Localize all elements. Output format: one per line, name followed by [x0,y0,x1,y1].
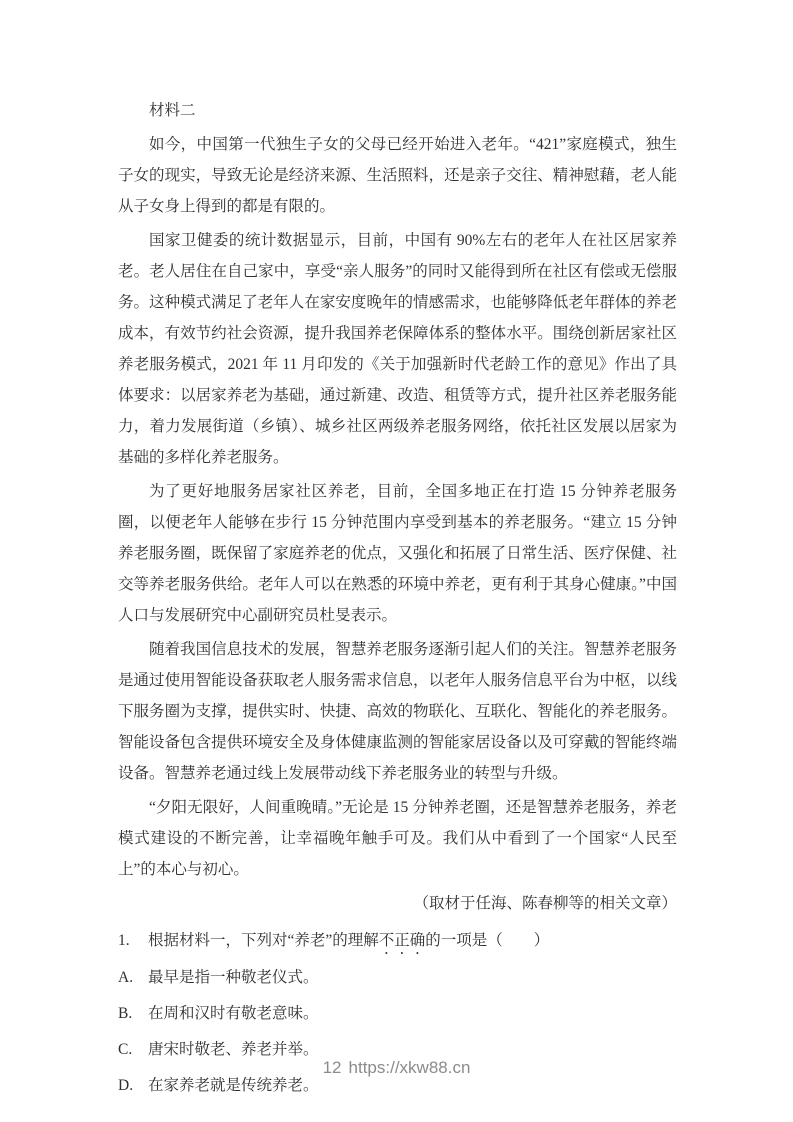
paragraph: 如今，中国第一代独生子女的父母已经开始进入老年。“421”家庭模式，独生子女的现… [118,129,677,222]
paragraph: “夕阳无限好，人间重晚晴。”无论是 15 分钟养老圈，还是智慧养老服务，养老模式… [118,792,677,885]
paragraph: 随着我国信息技术的发展，智慧养老服务逐渐引起人们的关注。智慧养老服务是通过使用智… [118,634,677,789]
paragraph: 为了更好地服务居家社区养老，目前，全国多地正在打造 15 分钟养老服务圈，以便老… [118,476,677,631]
option-text: 在家养老就是传统养老。 [148,1077,319,1094]
document-page: 材料二 如今，中国第一代独生子女的父母已经开始进入老年。“421”家庭模式，独生… [0,0,793,1122]
footer-url: https://xkw88.cn [349,1058,471,1077]
option-text: 在周和汉时有敬老意味。 [148,1005,319,1022]
question-text-emphasized: 不正确 [379,932,426,949]
option-a: A.最早是指一种敬老仪式。 [118,960,677,996]
material-two-section: 材料二 如今，中国第一代独生子女的父母已经开始进入老年。“421”家庭模式，独生… [118,95,677,1104]
material-heading: 材料二 [118,95,677,126]
option-text: 唐宋时敬老、养老并举。 [148,1041,319,1058]
question-text-after: 的一项是（ ） [425,932,549,949]
option-label: B. [118,996,148,1032]
question-text-before: 根据材料一，下列对“养老”的理解 [148,932,379,949]
citation-line: （取材于任海、陈春柳等的相关文章） [118,888,677,919]
page-footer: 12https://xkw88.cn [0,1058,793,1078]
option-text: 最早是指一种敬老仪式。 [148,969,319,986]
question-number: 1. [118,925,148,956]
page-number: 12 [323,1058,342,1077]
option-label: A. [118,960,148,996]
question-1: 1.根据材料一，下列对“养老”的理解不正确的一项是（ ） [118,925,677,958]
option-b: B.在周和汉时有敬老意味。 [118,996,677,1032]
paragraph: 国家卫健委的统计数据显示，目前，中国有 90%左右的老年人在社区居家养老。老人居… [118,225,677,473]
question-1-options: A.最早是指一种敬老仪式。 B.在周和汉时有敬老意味。 C.唐宋时敬老、养老并举… [118,960,677,1104]
